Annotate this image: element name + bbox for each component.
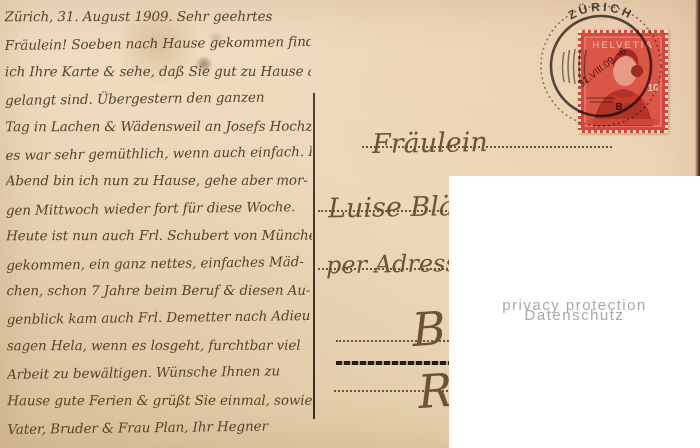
message-address-divider: [313, 93, 315, 419]
address-dotted-line: [362, 146, 612, 148]
message-line: Vater, Bruder & Frau Plan, Ihr Hegner: [7, 413, 313, 444]
postmark-cancellation: ZÜRICH 31.VIII.09 -6 B: [535, 0, 667, 132]
postmark-date: 31.VIII.09: [576, 55, 617, 90]
message-line: genblick kam auch Frl. Demetter nach Adi…: [6, 303, 312, 334]
message-line: Abend bin ich nun zu Hause, gehe aber mo…: [6, 168, 312, 196]
message-line: ich Ihre Karte & sehe, daß Sie gut zu Ha…: [5, 59, 311, 87]
address-city-initial: B: [410, 301, 447, 357]
message-line: chen, schon 7 Jahre beim Beruf & diesen …: [6, 278, 312, 306]
message-line: es war sehr gemüthlich, wenn auch einfac…: [5, 139, 311, 170]
message-line: gen Mittwoch wieder fort für diese Woche…: [6, 194, 312, 225]
message-line: Zürich, 31. August 1909. Sehr geehrtes: [5, 4, 311, 32]
message-line: Hause gute Ferien & grüßt Sie einmal, so…: [7, 387, 313, 415]
postmark-bottom-bars: [587, 98, 615, 102]
message-line: gekommen, ein ganz nettes, einfaches Mäd…: [6, 249, 312, 280]
postmark-office-letter: B: [615, 102, 622, 113]
address-dotted-line: [334, 390, 456, 392]
message-line: Fräulein! Soeben nach Hause gekommen fin…: [5, 29, 311, 60]
address-dotted-line: [336, 340, 456, 342]
message-line: Tag in Lachen & Wädensweil an Josefs Hoc…: [5, 113, 311, 141]
postcard-scan: Zürich, 31. August 1909. Sehr geehrtesFr…: [0, 0, 700, 448]
privacy-text-de: Datenschutz: [525, 300, 625, 322]
svg-text:ZÜRICH: ZÜRICH: [566, 0, 636, 22]
postmark-time: -6: [615, 46, 629, 60]
message-line: gelangt sind. Übergestern den ganzen: [5, 84, 311, 115]
message-line: Heute ist nun auch Frl. Schubert von Mün…: [6, 223, 312, 251]
message-text: Zürich, 31. August 1909. Sehr geehrtesFr…: [4, 3, 313, 448]
postmark-city: ZÜRICH: [566, 0, 636, 22]
message-line: Arbeit zu bewältigen. Wünsche Ihnen zu: [7, 358, 313, 389]
privacy-overlay: privacy protection Datenschutz: [449, 176, 700, 448]
message-line: sagen Hela, wenn es losgeht, furchtbar v…: [7, 333, 313, 361]
address-salutation: Fräulein: [372, 127, 488, 160]
address-dotted-line: [318, 268, 468, 270]
